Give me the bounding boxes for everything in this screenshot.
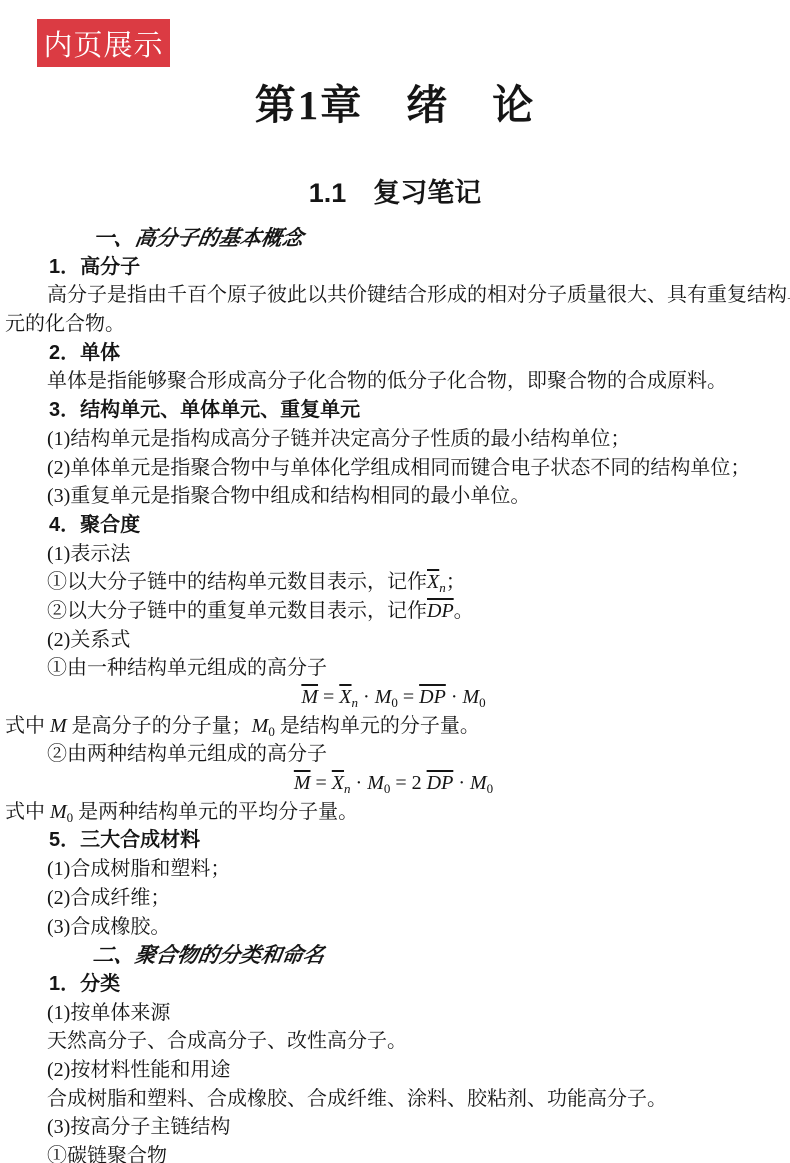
list-item: ②以大分子链中的重复单元数目表示，记作DP。: [5, 597, 782, 626]
list-item: (2)单体单元是指聚合物中与单体化学组成相同而键合电子状态不同的结构单位；: [5, 454, 782, 483]
list-item: (1)结构单元是指构成高分子链并决定高分子性质的最小结构单位；: [5, 425, 782, 454]
paragraph: 高分子是指由千百个原子彼此以共价键结合形成的相对分子质量很大、具有重复结构单: [5, 281, 782, 310]
list-item: (1)按单体来源: [5, 999, 782, 1028]
list-item: ①以大分子链中的结构单元数目表示，记作Xn；: [5, 568, 782, 597]
list-item: (3)按高分子主链结构: [5, 1113, 782, 1142]
list-item: (2)按材料性能和用途: [5, 1056, 782, 1085]
list-item: (1)合成树脂和塑料；: [5, 855, 782, 884]
formula-single-unit: M = Xn · M0 = DP · M0: [5, 683, 782, 712]
list-item: (2)合成纤维；: [5, 884, 782, 913]
formula-two-units: M = Xn · M0 = 2 DP · M0: [5, 769, 782, 798]
list-item: ①碳链聚合物: [5, 1142, 782, 1163]
heading-section-2: 二、聚合物的分类和命名: [5, 941, 782, 970]
section-title: 1.1 复习笔记: [0, 177, 790, 209]
heading-1-classification: 1．分类: [5, 970, 782, 999]
heading-3-units: 3．结构单元、单体单元、重复单元: [5, 396, 782, 425]
body-lines: 一、高分子的基本概念1．高分子高分子是指由千百个原子彼此以共价键结合形成的相对分…: [5, 224, 782, 1163]
inner-page-badge: 内页展示: [37, 19, 170, 67]
heading-2-monomer: 2．单体: [5, 339, 782, 368]
paragraph: 合成树脂和塑料、合成橡胶、合成纤维、涂料、胶粘剂、功能高分子。: [5, 1085, 782, 1114]
list-item: ②由两种结构单元组成的高分子: [5, 740, 782, 769]
heading-section-1: 一、高分子的基本概念: [5, 224, 782, 253]
list-item: ①由一种结构单元组成的高分子: [5, 654, 782, 683]
paragraph: 单体是指能够聚合形成高分子化合物的低分子化合物，即聚合物的合成原料。: [5, 367, 782, 396]
book-inner-page: { "badge": { "label": "内页展示", "bg_color"…: [0, 0, 790, 1163]
heading-1-polymer: 1．高分子: [5, 253, 782, 282]
list-item: (1)表示法: [5, 540, 782, 569]
heading-4-degree-of-polymerization: 4．聚合度: [5, 511, 782, 540]
list-item: (3)合成橡胶。: [5, 913, 782, 942]
chapter-title: 第1章 绪 论: [0, 82, 790, 128]
list-item: (2)关系式: [5, 626, 782, 655]
list-item: (3)重复单元是指聚合物中组成和结构相同的最小单位。: [5, 482, 782, 511]
paragraph: 天然高分子、合成高分子、改性高分子。: [5, 1027, 782, 1056]
formula-note: 式中 M 是高分子的分子量；M0 是结构单元的分子量。: [5, 712, 782, 741]
paragraph: 元的化合物。: [5, 310, 782, 339]
formula-note: 式中 M0 是两种结构单元的平均分子量。: [5, 798, 782, 827]
heading-5-synthetic-materials: 5．三大合成材料: [5, 826, 782, 855]
